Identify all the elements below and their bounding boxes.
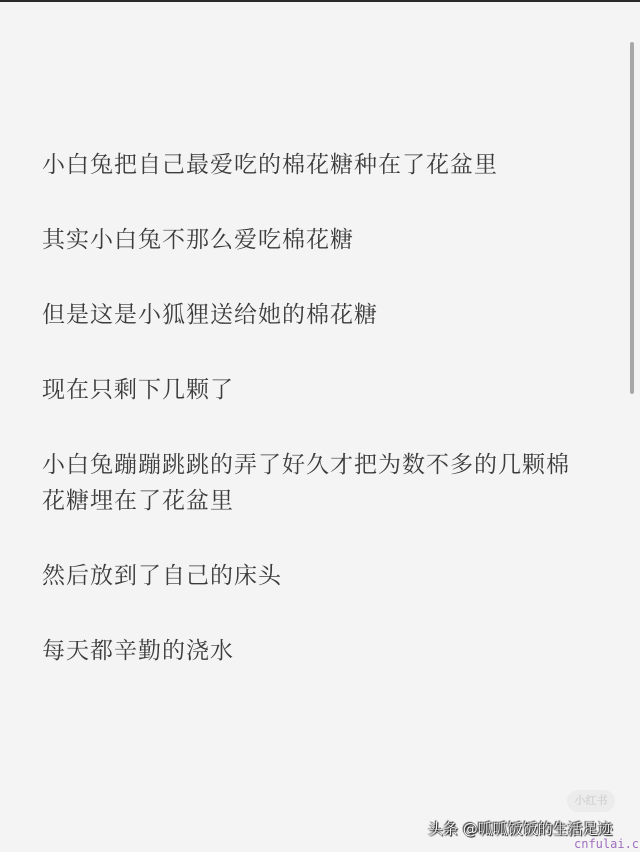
source-caption: 头条 @呱呱饭饭的生活足迹 xyxy=(428,818,613,839)
site-watermark: cnfulai.cn xyxy=(574,837,640,851)
paragraph: 小白兔蹦蹦跳跳的弄了好久才把为数不多的几颗棉花糖埋在了花盆里 xyxy=(42,447,587,519)
paragraph: 小白兔把自己最爱吃的棉花糖种在了花盆里 xyxy=(42,147,587,183)
xiaohongshu-badge: 小红书 xyxy=(567,790,615,812)
paragraph: 然后放到了自己的床头 xyxy=(42,558,587,594)
vertical-scrollbar[interactable] xyxy=(630,42,634,394)
top-border xyxy=(0,0,640,2)
paragraph: 其实小白兔不那么爱吃棉花糖 xyxy=(42,222,587,258)
paragraph: 但是这是小狐狸送给她的棉花糖 xyxy=(42,297,587,333)
note-content: 小白兔把自己最爱吃的棉花糖种在了花盆里 其实小白兔不那么爱吃棉花糖 但是这是小狐… xyxy=(42,147,587,708)
paragraph: 现在只剩下几颗了 xyxy=(42,372,587,408)
paragraph: 每天都辛勤的浇水 xyxy=(42,633,587,669)
